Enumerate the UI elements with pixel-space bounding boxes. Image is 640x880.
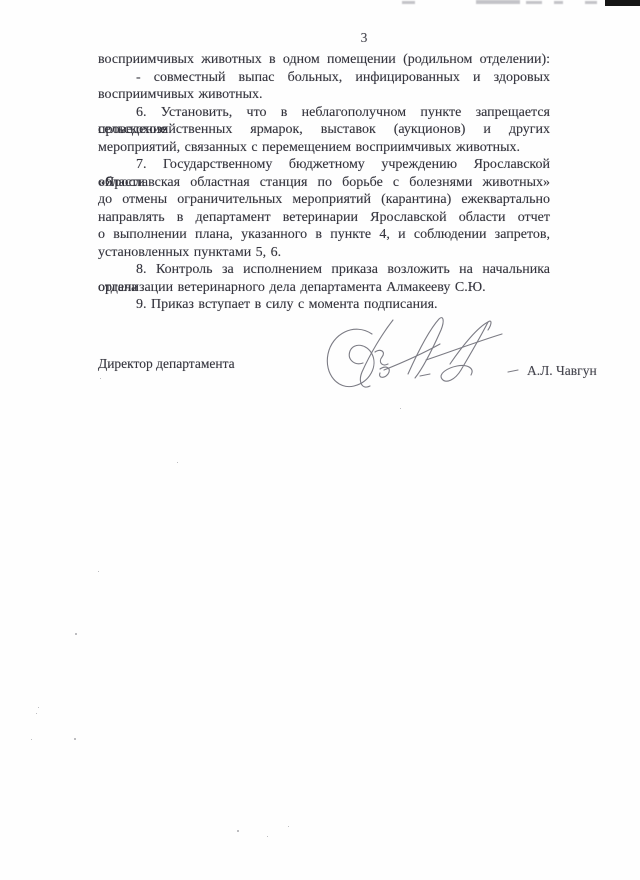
text-line: «Ярославская областная станция по борьбе… bbox=[98, 174, 550, 192]
scan-speck bbox=[36, 713, 37, 714]
scan-speck bbox=[177, 462, 178, 463]
signatory-name: А.Л. Чавгун bbox=[527, 363, 597, 379]
text-line: установленных пунктами 5, 6. bbox=[98, 244, 550, 262]
text-line: сельскохозяйственных ярмарок, выставок (… bbox=[98, 121, 550, 139]
text-line: о выполнении плана, указанного в пункте … bbox=[98, 226, 550, 244]
scan-smudge bbox=[476, 0, 520, 4]
scan-smudge bbox=[402, 1, 415, 4]
text-line: 7. Государственному бюджетному учреждени… bbox=[98, 156, 550, 174]
scan-speck bbox=[100, 378, 101, 379]
text-line: 9. Приказ вступает в силу с момента подп… bbox=[98, 296, 550, 314]
document-body: восприимчивых животных в одном помещении… bbox=[98, 51, 550, 314]
scan-smudge bbox=[554, 1, 563, 4]
text-line: до отмены ограничительных мероприятий (к… bbox=[98, 191, 550, 209]
text-line: восприимчивых животных в одном помещении… bbox=[98, 51, 550, 69]
page-number: 3 bbox=[340, 30, 388, 46]
text-line: - совместный выпас больных, инфицированн… bbox=[98, 69, 550, 87]
scanned-document-page: 3 восприимчивых животных в одном помещен… bbox=[0, 0, 640, 880]
scan-speck bbox=[267, 836, 268, 837]
scan-speck bbox=[74, 738, 76, 740]
scan-speck bbox=[288, 826, 289, 827]
text-line: мероприятий, связанных с перемещением во… bbox=[98, 139, 550, 157]
scan-smudge bbox=[526, 1, 542, 4]
text-line: 6. Установить, что в неблагополучном пун… bbox=[98, 104, 550, 122]
scan-speck bbox=[31, 739, 32, 740]
scan-smudge bbox=[585, 1, 597, 4]
text-line: восприимчивых животных. bbox=[98, 86, 550, 104]
scan-speck bbox=[237, 830, 239, 832]
text-line: 8. Контроль за исполнением приказа возло… bbox=[98, 261, 550, 279]
scan-speck bbox=[98, 571, 99, 572]
text-line: организации ветеринарного дела департаме… bbox=[98, 279, 550, 297]
scan-speck bbox=[400, 408, 401, 409]
text-line: направлять в департамент ветеринарии Яро… bbox=[98, 209, 550, 227]
signatory-title: Директор департамента bbox=[98, 356, 235, 372]
scan-corner-mark bbox=[605, 0, 640, 6]
signature-scribble bbox=[320, 312, 525, 400]
scan-speck bbox=[38, 707, 39, 708]
scan-speck bbox=[75, 633, 77, 635]
